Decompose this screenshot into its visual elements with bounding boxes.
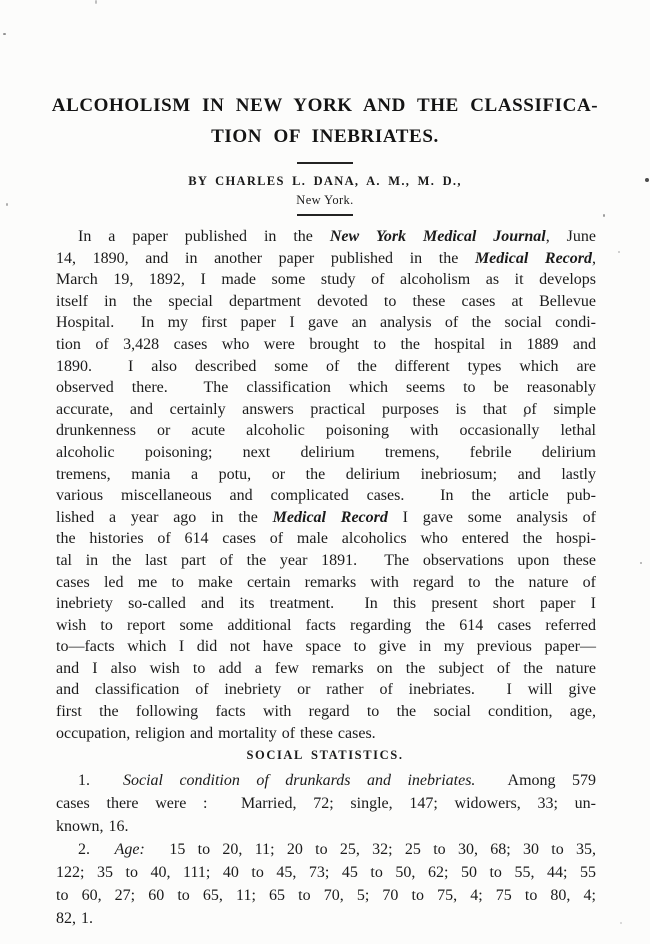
text-segment: Medical Record — [475, 250, 592, 267]
text-line: alcoholic poisoning; next delirium treme… — [56, 442, 596, 464]
scan-speck — [618, 251, 620, 253]
text-segment: the histories of 614 cases of male alcoh… — [56, 530, 596, 547]
scan-speck — [95, 0, 97, 4]
text-segment: 82, 1. — [56, 910, 93, 927]
text-segment: Hospital. In my first paper I gave an an… — [56, 314, 596, 331]
text-line: and I also wish to add a few remarks on … — [56, 658, 596, 680]
statistics-list: 1. Social condition of drunkards and ine… — [56, 769, 596, 930]
text-line: cases led me to make certain remarks wit… — [56, 572, 596, 594]
text-segment: first the following facts with regard to… — [56, 703, 596, 720]
text-segment: 1890. I also described some of the diffe… — [56, 358, 596, 375]
text-segment: accurate, and certainly answers practica… — [56, 401, 596, 418]
article-title: ALCOHOLISM IN NEW YORK AND THE CLASSIFIC… — [0, 95, 650, 148]
text-line: first the following facts with regard to… — [56, 701, 596, 723]
text-segment: various miscellaneous and complicated ca… — [56, 487, 596, 504]
text-segment: tremens, mania a potu, or the delirium i… — [56, 466, 596, 483]
text-segment: cases there were : Married, 72; single, … — [56, 795, 596, 812]
text-line: various miscellaneous and complicated ca… — [56, 485, 596, 507]
text-line: and classification of inebriety or rathe… — [56, 679, 596, 701]
text-segment: occupation, religion and mortality of th… — [56, 725, 376, 742]
text-line: tal in the last part of the year 1891. T… — [56, 550, 596, 572]
text-segment: , June — [546, 228, 596, 245]
text-line: to—facts which I did not have space to g… — [56, 636, 596, 658]
scan-speck — [603, 214, 605, 217]
text-line: 82, 1. — [56, 907, 596, 930]
text-segment: observed there. The classification which… — [56, 379, 596, 396]
intro-paragraph: In a paper published in the New York Med… — [56, 226, 596, 744]
text-segment: and classification of inebriety or rathe… — [56, 681, 596, 698]
text-line: accurate, and certainly answers practica… — [56, 399, 596, 421]
text-segment: Age: — [115, 841, 145, 858]
text-segment: itself in the special department devoted… — [56, 293, 596, 310]
title-divider — [297, 162, 353, 164]
section-heading: SOCIAL STATISTICS. — [0, 748, 650, 763]
text-line: known, 16. — [56, 815, 596, 838]
text-segment: In a paper published in the — [78, 228, 330, 245]
text-line: lished a year ago in the Medical Record … — [56, 507, 596, 529]
text-segment: tal in the last part of the year 1891. T… — [56, 552, 596, 569]
text-line: drunkenness or acute alcoholic poisoning… — [56, 420, 596, 442]
text-segment: to—facts which I did not have space to g… — [56, 638, 596, 655]
text-segment: 122; 35 to 40, 111; 40 to 45, 73; 45 to … — [56, 864, 596, 881]
text-segment: Social condition of drunkards and inebri… — [123, 772, 475, 789]
scan-speck — [3, 33, 6, 35]
text-segment: alcoholic poisoning; next delirium treme… — [56, 444, 596, 461]
text-segment: inebriety so-called and its treatment. I… — [56, 595, 596, 612]
text-line: observed there. The classification which… — [56, 377, 596, 399]
text-segment: I gave some analysis of — [388, 509, 596, 526]
text-segment: Among 579 — [475, 772, 596, 789]
byline: BY CHARLES L. DANA, A. M., M. D., — [0, 174, 650, 189]
text-segment: tion of 3,428 cases who were brought to … — [56, 336, 596, 353]
article-title-line-1: ALCOHOLISM IN NEW YORK AND THE CLASSIFIC… — [0, 95, 650, 117]
text-line: Hospital. In my first paper I gave an an… — [56, 312, 596, 334]
text-segment: to 60, 27; 60 to 65, 11; 65 to 70, 5; 70… — [56, 887, 596, 904]
text-line: tion of 3,428 cases who were brought to … — [56, 334, 596, 356]
byline-divider — [297, 214, 353, 216]
text-line: 122; 35 to 40, 111; 40 to 45, 73; 45 to … — [56, 861, 596, 884]
text-line: to 60, 27; 60 to 65, 11; 65 to 70, 5; 70… — [56, 884, 596, 907]
text-line: occupation, religion and mortality of th… — [56, 723, 596, 745]
text-segment: 1. — [78, 772, 123, 789]
text-line: inebriety so-called and its treatment. I… — [56, 593, 596, 615]
text-line: the histories of 614 cases of male alcoh… — [56, 528, 596, 550]
text-segment: cases led me to make certain remarks wit… — [56, 574, 596, 591]
scan-speck — [640, 562, 642, 564]
article-title-line-2: TION OF INEBRIATES. — [0, 126, 650, 148]
statistics-item-age: 2. Age: 15 to 20, 11; 20 to 25, 32; 25 t… — [56, 838, 596, 930]
text-segment: 2. — [78, 841, 115, 858]
scan-speck — [620, 922, 622, 924]
text-line: 14, 1890, and in another paper published… — [56, 248, 596, 270]
text-segment: , — [592, 250, 596, 267]
text-segment: Medical Record — [273, 509, 388, 526]
text-line: 2. Age: 15 to 20, 11; 20 to 25, 32; 25 t… — [56, 838, 596, 861]
text-segment: March 19, 1892, I made some study of alc… — [56, 271, 596, 288]
text-line: March 19, 1892, I made some study of alc… — [56, 269, 596, 291]
text-line: itself in the special department devoted… — [56, 291, 596, 313]
text-line: In a paper published in the New York Med… — [56, 226, 596, 248]
text-segment: New York Medical Journal — [330, 228, 546, 245]
text-line: 1. Social condition of drunkards and ine… — [56, 769, 596, 792]
text-segment: lished a year ago in the — [56, 509, 273, 526]
text-line: 1890. I also described some of the diffe… — [56, 356, 596, 378]
text-segment: 14, 1890, and in another paper published… — [56, 250, 475, 267]
text-segment: wish to report some additional facts reg… — [56, 617, 596, 634]
text-segment: known, 16. — [56, 818, 129, 835]
text-line: cases there were : Married, 72; single, … — [56, 792, 596, 815]
text-segment: drunkenness or acute alcoholic poisoning… — [56, 422, 596, 439]
text-segment: 15 to 20, 11; 20 to 25, 32; 25 to 30, 68… — [145, 841, 596, 858]
text-line: wish to report some additional facts reg… — [56, 615, 596, 637]
byline-place: New York. — [0, 193, 650, 208]
text-segment: and I also wish to add a few remarks on … — [56, 660, 596, 677]
statistics-item-social-condition: 1. Social condition of drunkards and ine… — [56, 769, 596, 838]
text-line: tremens, mania a potu, or the delirium i… — [56, 464, 596, 486]
scanned-page: ALCOHOLISM IN NEW YORK AND THE CLASSIFIC… — [0, 0, 650, 944]
